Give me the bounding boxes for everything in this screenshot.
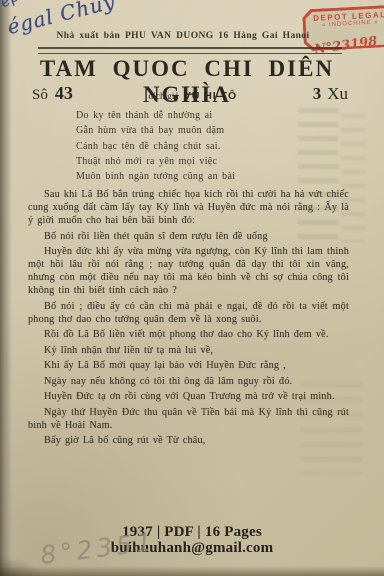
body-paragraph: Rồi đồ Lã Bố liền viết một phong thơ dao… xyxy=(28,328,349,341)
scanned-book-page: ép égal Chuy DEPOT LEGAL « INDOCHINE » N… xyxy=(0,0,384,576)
stamp-text: DEPOT LEGAL « INDOCHINE » N°23198 xyxy=(302,5,384,52)
body-paragraph: Huyền đức khi ấy vừa mừng vừa ngượng, cò… xyxy=(28,245,349,297)
depot-legal-stamp: DEPOT LEGAL « INDOCHINE » N°23198 xyxy=(302,5,384,52)
page-bottom-edge-shadow xyxy=(0,566,384,576)
body-paragraph: Huyền Đức tạ ơn rồi cùng với Quan Trương… xyxy=(28,390,349,403)
price-number: 3 xyxy=(313,84,322,104)
publisher-line: Nhà xuất bản PHU VAN DUONG 16 Hàng Gai H… xyxy=(30,31,336,41)
price-unit: Xu xyxy=(327,84,348,104)
verse-line: Do ky tên thánh dễ nhường ai xyxy=(76,108,235,123)
body-paragraph: Sau khi Lã Bố bắn trúng chiếc họa kích r… xyxy=(28,188,349,227)
issue-number: 43 xyxy=(55,83,73,104)
price-group: 3 Xu xyxy=(313,84,348,104)
verse-line: Thuật nhỏ mới ra yên mọi việc xyxy=(76,154,235,169)
opening-verse: Do ky tên thánh dễ nhường ai Gẫn hùm vừa… xyxy=(76,108,235,184)
issue-group: Sô 43 xyxy=(32,83,73,104)
story-text: Sau khi Lã Bố bắn trúng chiếc họa kích r… xyxy=(28,188,349,450)
issue-info-row: Sô 43 dịch giả VŨ HI TÔ 3 Xu xyxy=(32,83,348,104)
body-paragraph: Bố nói rồi liền thét quân sĩ đem rượu lê… xyxy=(28,230,349,243)
body-paragraph: Ngày nay nếu không có tôi thì ông đã lâm… xyxy=(28,375,349,388)
verse-line: Muôn binh ngàn tướng cũng an bài xyxy=(76,169,235,184)
body-paragraph: Bấy giờ Lã bố cũng rút về Từ châu, xyxy=(28,434,349,447)
translator-label: dịch giả xyxy=(148,92,178,102)
body-paragraph: Ngày thứ Huyền Đức thu quân về Tiền bái … xyxy=(28,406,349,432)
translator-name: VŨ HI TÔ xyxy=(184,90,238,102)
double-rule-divider xyxy=(38,47,342,54)
issue-label: Sô xyxy=(32,87,48,104)
translator-group: dịch giả VŨ HI TÔ xyxy=(148,90,237,102)
verse-line: Cánh bạc tên đề chẳng chút sai. xyxy=(76,139,235,154)
body-paragraph: Khi ấy Lã Bố mới quay lại bảo với Huyền … xyxy=(28,359,349,372)
verse-line: Gẫn hùm vừa thả bay muôn dặm xyxy=(76,123,235,138)
body-paragraph: Kỷ lĩnh nhận thư liền từ tạ mà lui về, xyxy=(28,344,349,357)
body-paragraph: Bố nói ; điều ấy có cần chi mà phải e ng… xyxy=(28,300,349,326)
